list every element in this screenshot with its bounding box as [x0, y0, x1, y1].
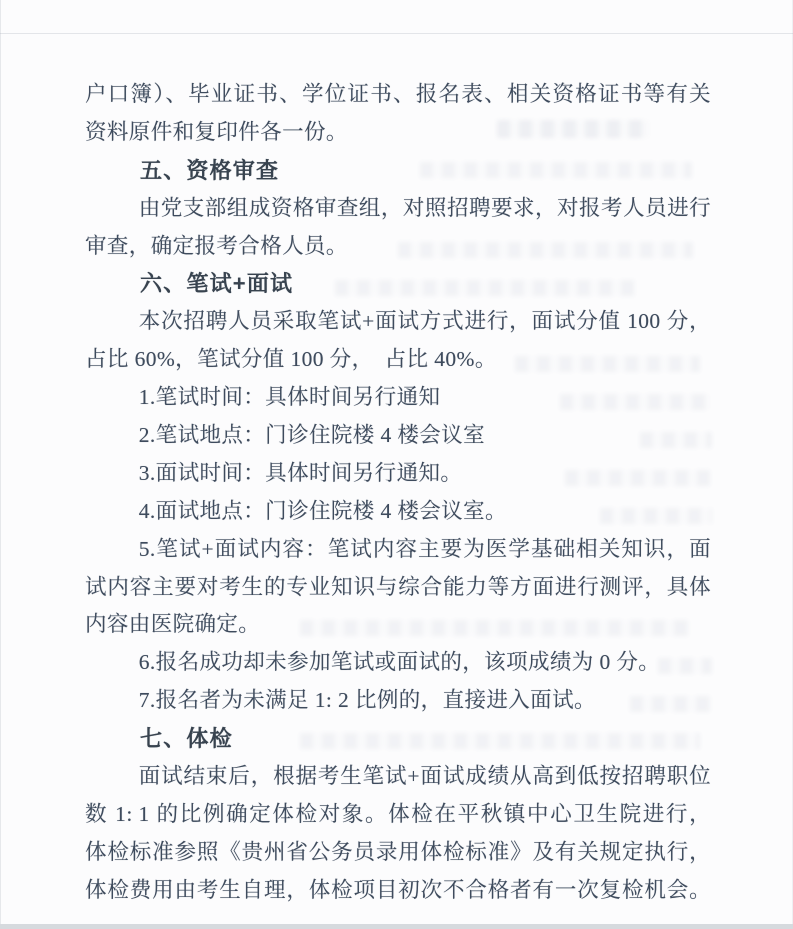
document-line: 由党支部组成资格审查组，对照招聘要求，对报考人员进行	[85, 190, 711, 228]
document-content: 户口簿）、毕业证书、学位证书、报名表、相关资格证书等有关 资料原件和复印件各一份…	[85, 76, 711, 910]
document-line: 1.笔试时间：具体时间另行通知	[85, 379, 711, 417]
document-line: 内容由医院确定。	[85, 606, 711, 644]
document-page: 户口簿）、毕业证书、学位证书、报名表、相关资格证书等有关 资料原件和复印件各一份…	[0, 0, 793, 929]
document-line: 试内容主要对考生的专业知识与综合能力等方面进行测评，具体	[85, 569, 711, 607]
document-line: 6.报名成功却未参加笔试或面试的，该项成绩为 0 分。	[85, 644, 711, 682]
document-line: 面试结束后，根据考生笔试+面试成绩从高到低按招聘职位	[85, 758, 711, 796]
section-heading: 六、笔试+面试	[85, 265, 711, 303]
document-line: 7.报名者为未满足 1: 2 比例的，直接进入面试。	[85, 682, 711, 720]
section-heading: 五、资格审查	[85, 152, 711, 190]
section-heading: 七、体检	[85, 720, 711, 758]
document-line: 3.面试时间：具体时间另行通知。	[85, 455, 711, 493]
document-line: 体检标准参照《贵州省公务员录用体检标准》及有关规定执行，	[85, 834, 711, 872]
document-line: 户口簿）、毕业证书、学位证书、报名表、相关资格证书等有关	[85, 76, 711, 114]
page-left-edge	[0, 0, 1, 929]
document-line: 审查，确定报考合格人员。	[85, 228, 711, 266]
document-line: 体检费用由考生自理，体检项目初次不合格者有一次复检机会。	[85, 872, 711, 910]
document-line: 占比 60%，笔试分值 100 分， 占比 40%。	[85, 341, 711, 379]
document-line: 资料原件和复印件各一份。	[85, 114, 711, 152]
page-top-edge-line	[0, 33, 793, 34]
document-line: 数 1: 1 的比例确定体检对象。体检在平秋镇中心卫生院进行，	[85, 796, 711, 834]
document-line: 5.笔试+面试内容：笔试内容主要为医学基础相关知识，面	[85, 531, 711, 569]
document-line: 本次招聘人员采取笔试+面试方式进行，面试分值 100 分，	[85, 303, 711, 341]
document-line: 2.笔试地点：门诊住院楼 4 楼会议室	[85, 417, 711, 455]
document-line: 4.面试地点：门诊住院楼 4 楼会议室。	[85, 493, 711, 531]
page-bottom-edge	[0, 924, 793, 929]
